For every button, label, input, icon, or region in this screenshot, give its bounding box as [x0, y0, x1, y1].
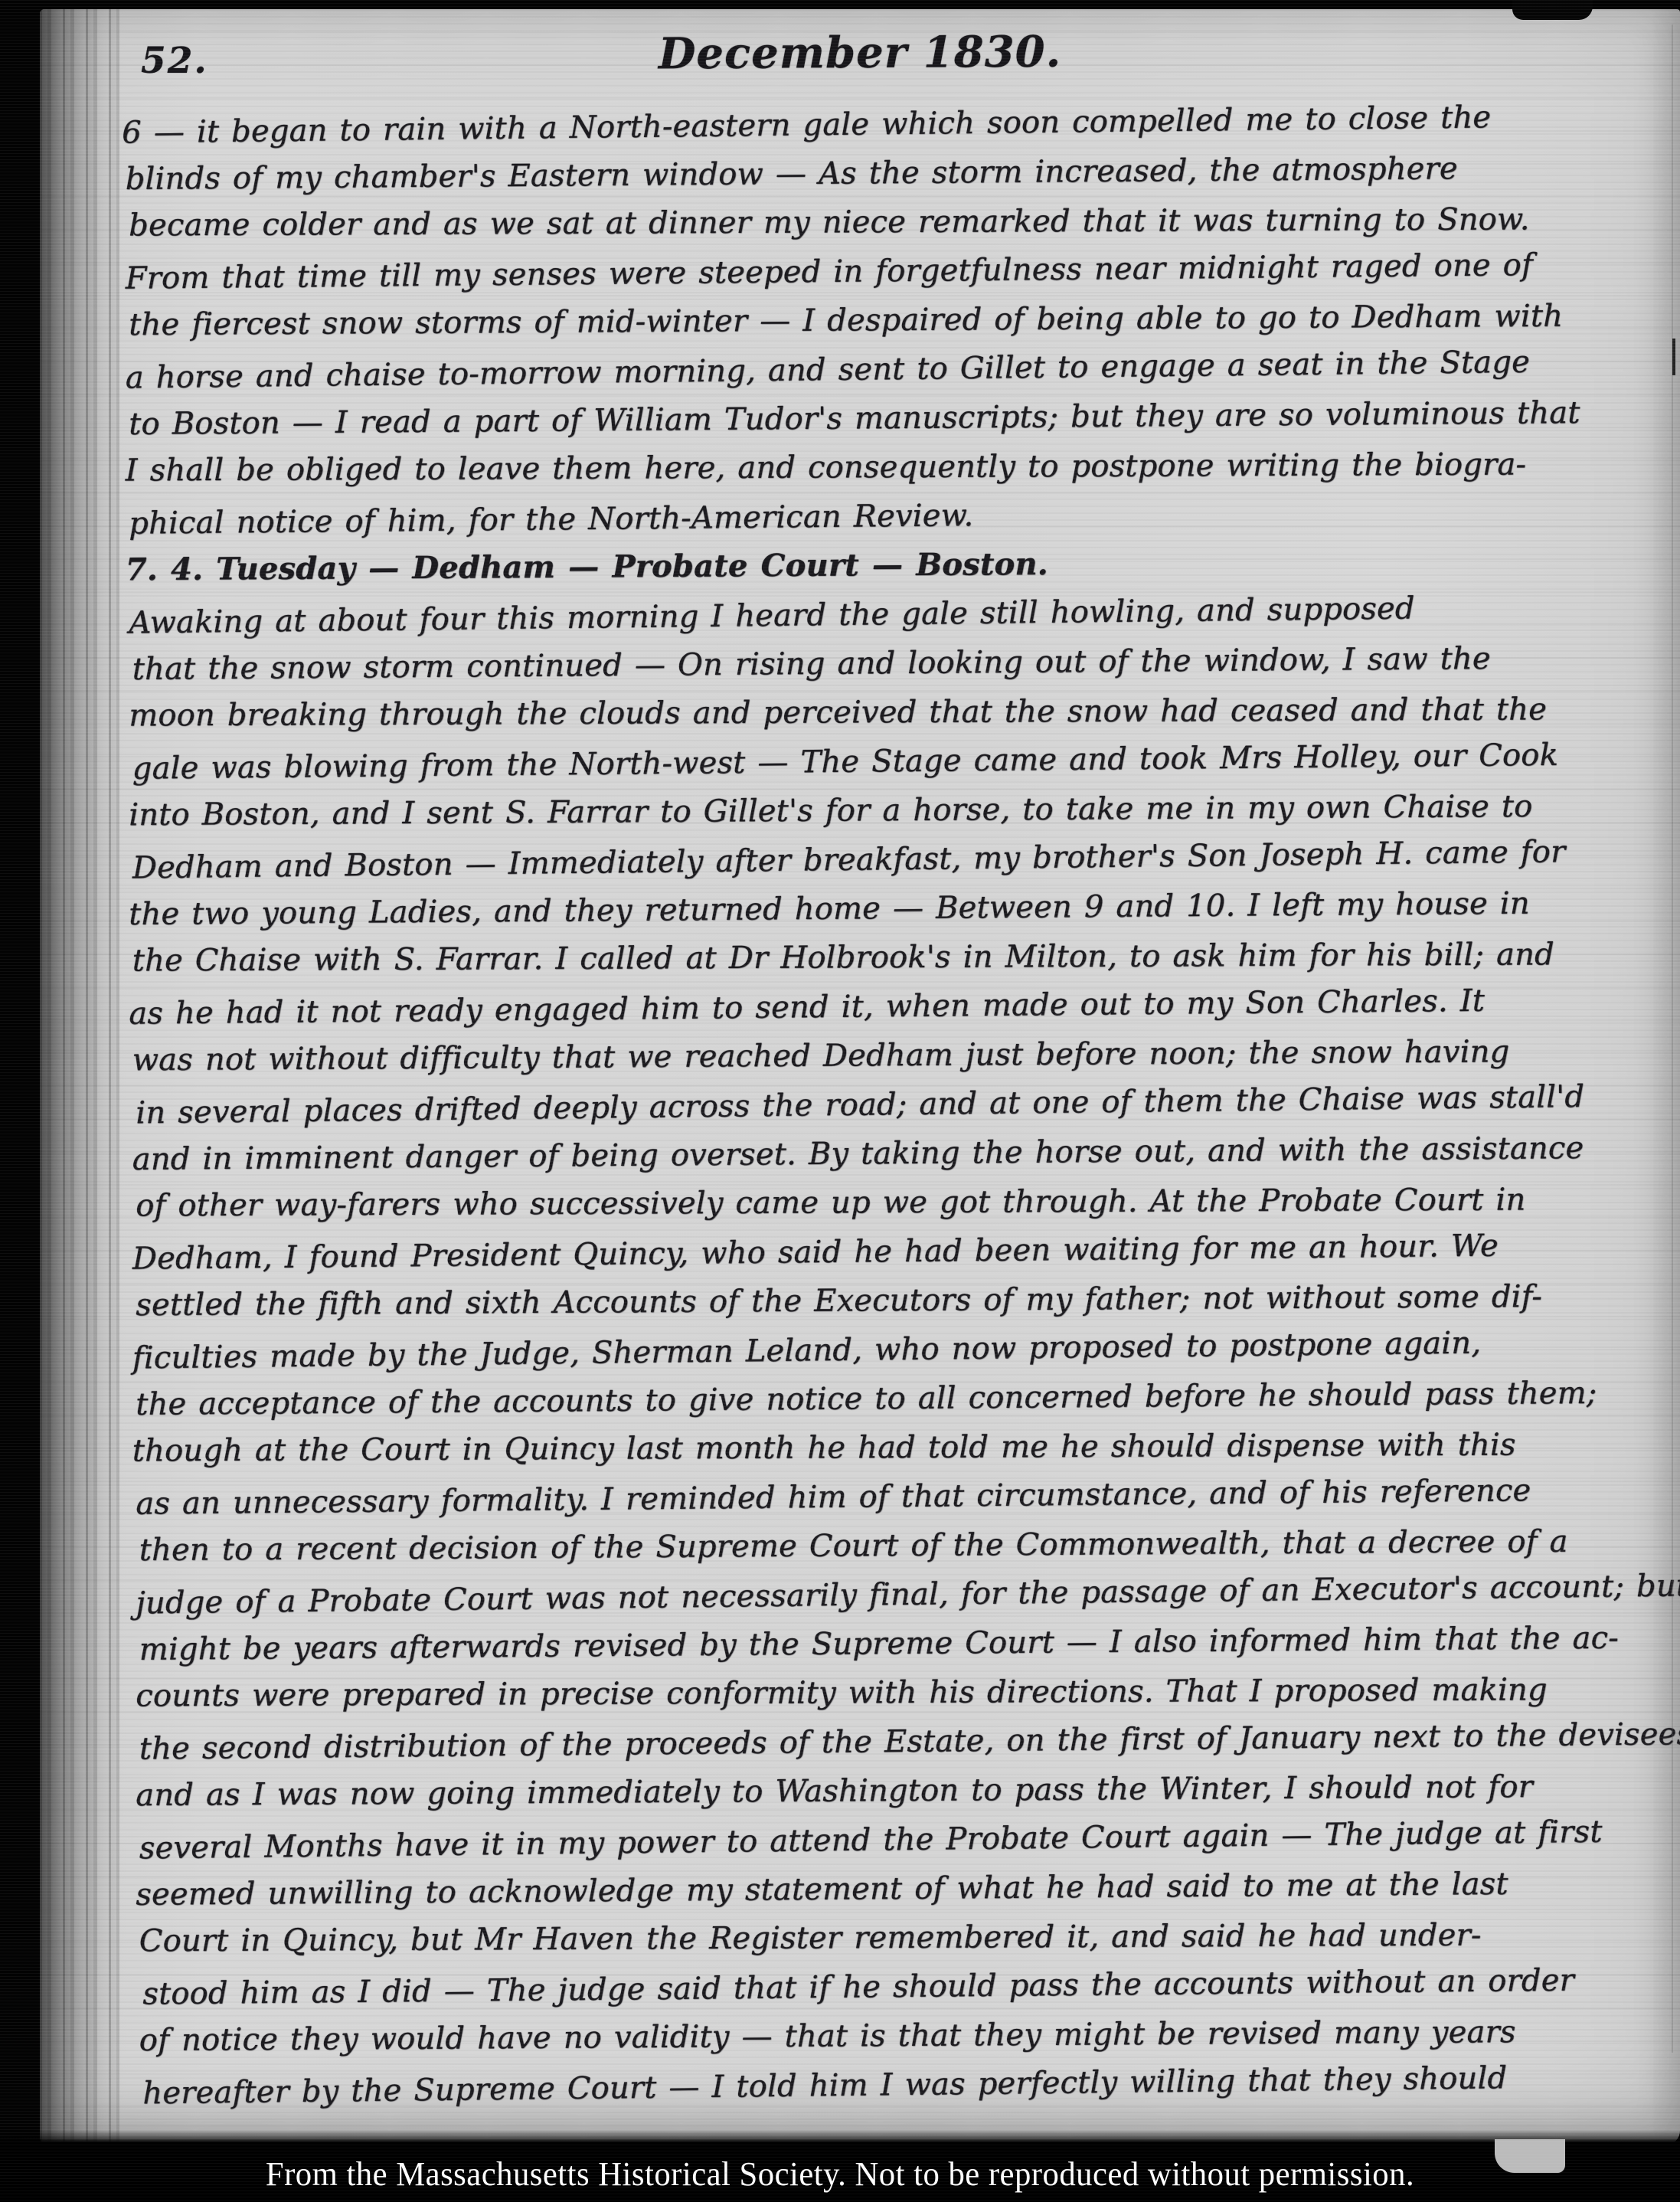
manuscript-text-block: 6 — it began to rain with a North-easter…	[125, 93, 1680, 2115]
manuscript-page: 52. December 1830. 6 — it began to rain …	[40, 9, 1680, 2145]
page-header-date: December 1830.	[40, 23, 1680, 82]
book-gutter-page-edges	[40, 9, 119, 2145]
right-edge-ink-mark	[1672, 339, 1675, 375]
adjacent-page-edge-line	[1672, 25, 1673, 2053]
copyright-notice: From the Massachusetts Historical Societ…	[25, 2155, 1655, 2194]
scan-top-edge-notch	[1512, 0, 1593, 20]
footer-bar: From the Massachusetts Historical Societ…	[0, 2142, 1680, 2202]
manuscript-scan-view: 52. December 1830. 6 — it began to rain …	[0, 0, 1680, 2202]
